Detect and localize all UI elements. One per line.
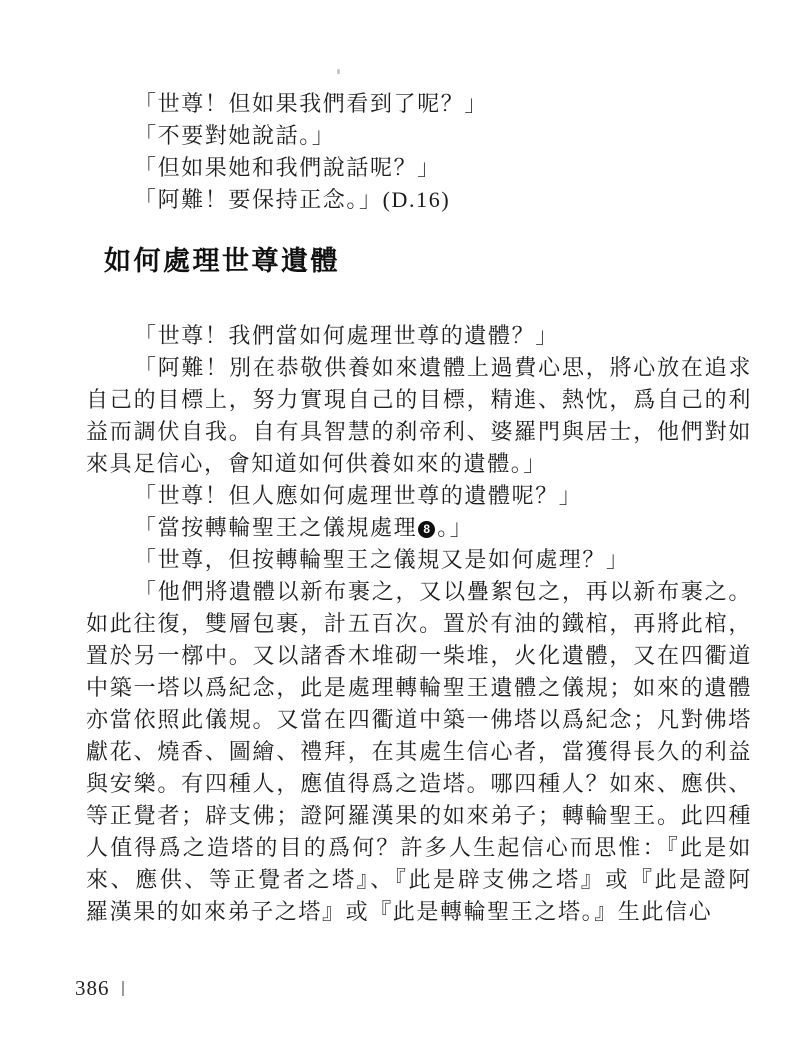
section-heading: 如何處理世尊遺體	[104, 243, 340, 279]
book-page: 「世尊！但如果我們看到了呢？」 「不要對她說話。」 「但如果她和我們說話呢？」 …	[0, 0, 792, 1056]
text-line: 益而調伏自我。自有具智慧的刹帝利、婆羅門與居士，他們對如	[86, 416, 752, 448]
scan-speck	[337, 69, 340, 74]
text-line: 「世尊，但按轉輪聖王之儀規又是如何處理？」	[86, 544, 752, 576]
text-line: 等正覺者；辟支佛；證阿羅漢果的如來弟子；轉輪聖王。此四種	[86, 800, 752, 832]
text-line: 「他們將遺體以新布裹之，又以疊絮包之，再以新布裹之。	[86, 576, 752, 608]
text-line: 亦當依照此儀規。又當在四衢道中築一佛塔以爲紀念；凡對佛塔	[86, 704, 752, 736]
text-line: 人值得爲之造塔的目的爲何？許多人生起信心而思惟：『此是如	[86, 832, 752, 864]
page-footer: 386	[75, 975, 124, 1001]
text-line: 「世尊！但人應如何處理世尊的遺體呢？」	[86, 480, 752, 512]
text-line: 「阿難！要保持正念。」(D.16)	[86, 184, 752, 216]
text-line: 來具足信心，會知道如何供養如來的遺體。」	[86, 448, 752, 480]
footnote-line-post: 。」	[437, 515, 473, 540]
text-line: 如此往復，雙層包裹，計五百次。置於有油的鐵棺，再將此棺，	[86, 608, 752, 640]
text-line: 自己的目標上，努力實現自己的目標，精進、熱忱，爲自己的利	[86, 384, 752, 416]
text-line: 來、應供、等正覺者之塔』、『此是辟支佛之塔』或『此是證阿	[86, 864, 752, 896]
text-line-with-footnote: 「當按轉輪聖王之儀規處理8。」	[86, 512, 752, 544]
text-line: 「但如果她和我們說話呢？」	[86, 152, 752, 184]
text-line: 羅漢果的如來弟子之塔』或『此是轉輪聖王之塔。』生此信心	[86, 896, 752, 928]
text-line: 置於另一槨中。又以諸香木堆砌一柴堆，火化遺體，又在四衢道	[86, 640, 752, 672]
footnote-line-pre: 「當按轉輪聖王之儀規處理	[134, 515, 417, 540]
text-line: 中築一塔以爲紀念，此是處理轉輪聖王遺體之儀規；如來的遺體	[86, 672, 752, 704]
text-line: 「不要對她說話。」	[86, 120, 752, 152]
text-line: 「世尊！但如果我們看到了呢？」	[86, 88, 752, 120]
text-line: 獻花、燒香、圖繪、禮拜，在其處生信心者，當獲得長久的利益	[86, 736, 752, 768]
text-line: 「世尊！我們當如何處理世尊的遺體？」	[86, 320, 752, 352]
footnote-marker-icon: 8	[418, 521, 435, 538]
page-number: 386	[75, 976, 110, 1001]
text-line: 與安樂。有四種人，應值得爲之造塔。哪四種人？如來、應供、	[86, 768, 752, 800]
text-line: 「阿難！別在恭敬供養如來遺體上過費心思，將心放在追求	[86, 352, 752, 384]
footer-rule	[122, 981, 124, 996]
